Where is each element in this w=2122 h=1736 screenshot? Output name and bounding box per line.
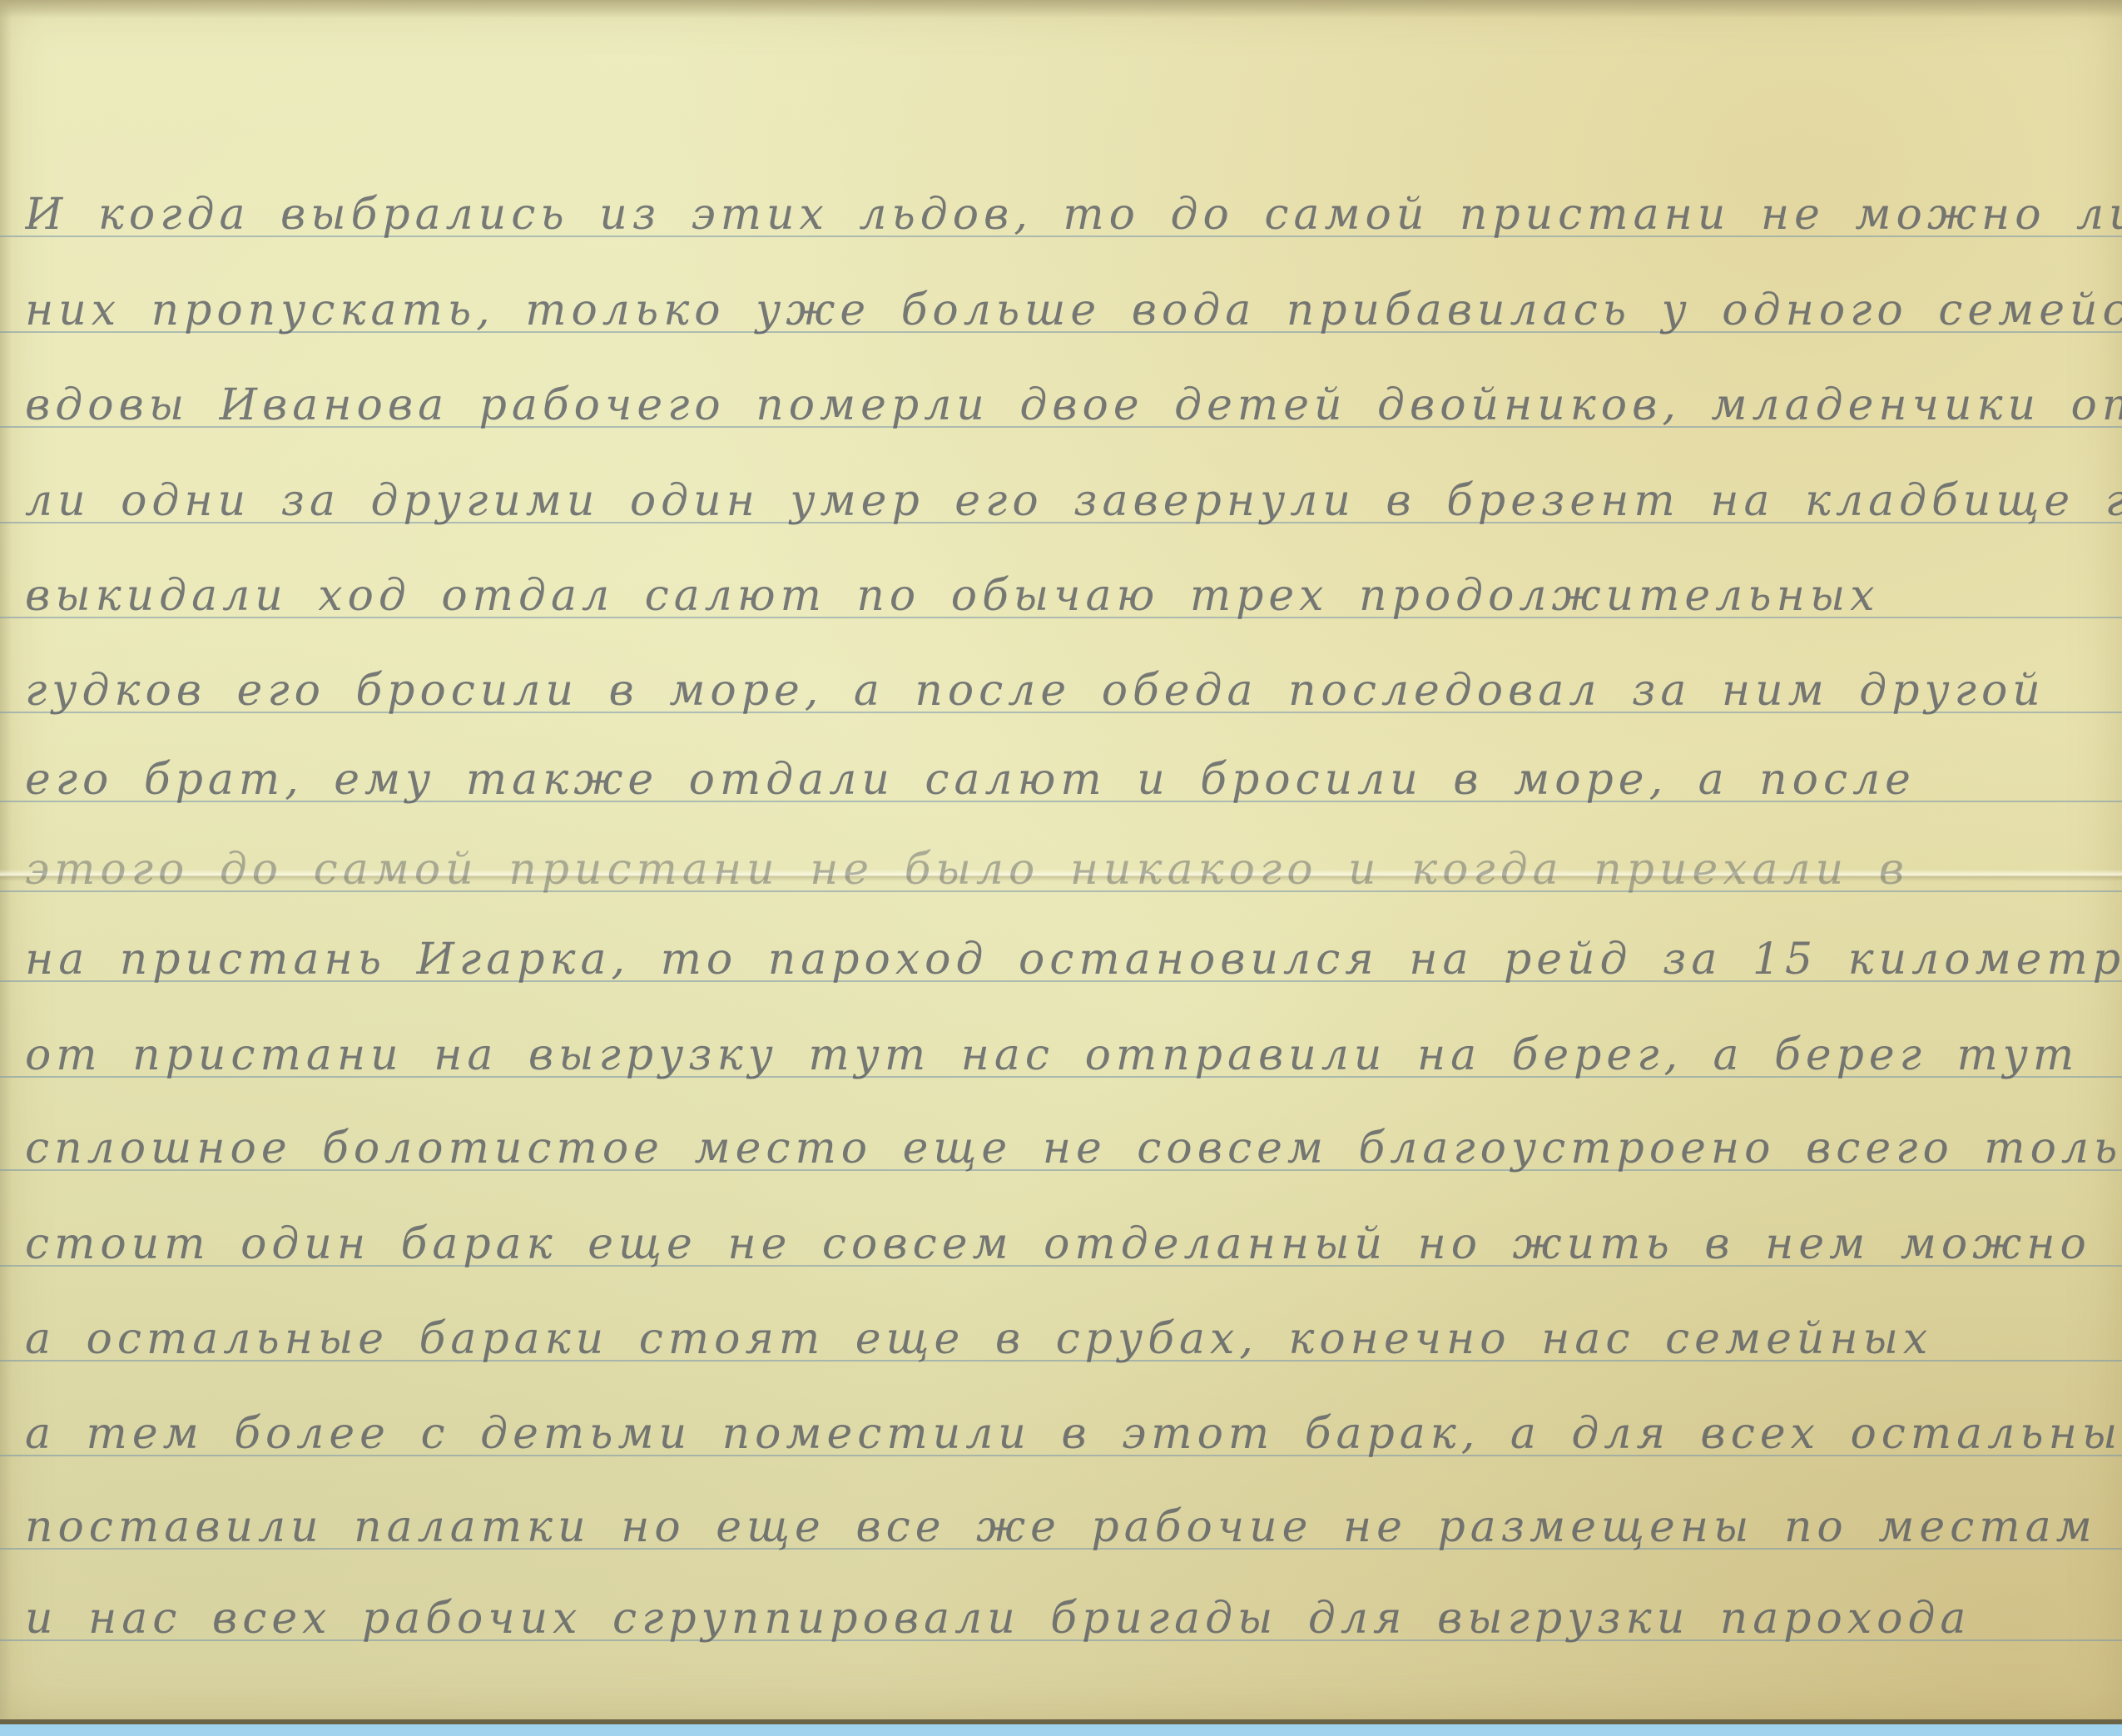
- handwritten-line: на пристань Игарка, то пароход остановил…: [25, 935, 2122, 985]
- paper-top-edge: [0, 0, 2122, 18]
- handwritten-line: выкидали ход отдал салют по обычаю трех …: [25, 571, 2122, 621]
- handwritten-line: этого до самой пристани не было никакого…: [25, 845, 2122, 895]
- handwritten-line: И когда выбрались из этих льдов, то до с…: [25, 190, 2122, 240]
- paper-sheet: И когда выбрались из этих льдов, то до с…: [0, 0, 2122, 1724]
- handwritten-line: вдовы Иванова рабочего померли двое дете…: [25, 380, 2122, 430]
- handwritten-line: а остальные бараки стоят еще в срубах, к…: [25, 1314, 2122, 1364]
- handwritten-line: поставили палатки но еще все же рабочие …: [25, 1502, 2122, 1552]
- paper-left-edge: [0, 0, 12, 1719]
- handwritten-line: стоит один барак еще не совсем отделанны…: [25, 1219, 2122, 1269]
- handwritten-line: ли одни за другими один умер его заверну…: [25, 476, 2122, 526]
- handwritten-line: гудков его бросили в море, а после обеда…: [25, 666, 2122, 716]
- handwritten-line: и нас всех рабочих сгруппировали бригады…: [25, 1594, 2122, 1644]
- handwritten-line: них пропускать, только уже больше вода п…: [25, 285, 2122, 335]
- handwritten-line: его брат, ему также отдали салют и броси…: [25, 755, 2122, 805]
- handwritten-line: от пристани на выгрузку тут нас отправил…: [25, 1030, 2122, 1080]
- handwritten-line: а тем более с детьми поместили в этот ба…: [25, 1409, 2122, 1459]
- handwritten-line: сплошное болотистое место еще не совсем …: [25, 1123, 2122, 1173]
- scanned-letter: И когда выбрались из этих льдов, то до с…: [0, 0, 2122, 1736]
